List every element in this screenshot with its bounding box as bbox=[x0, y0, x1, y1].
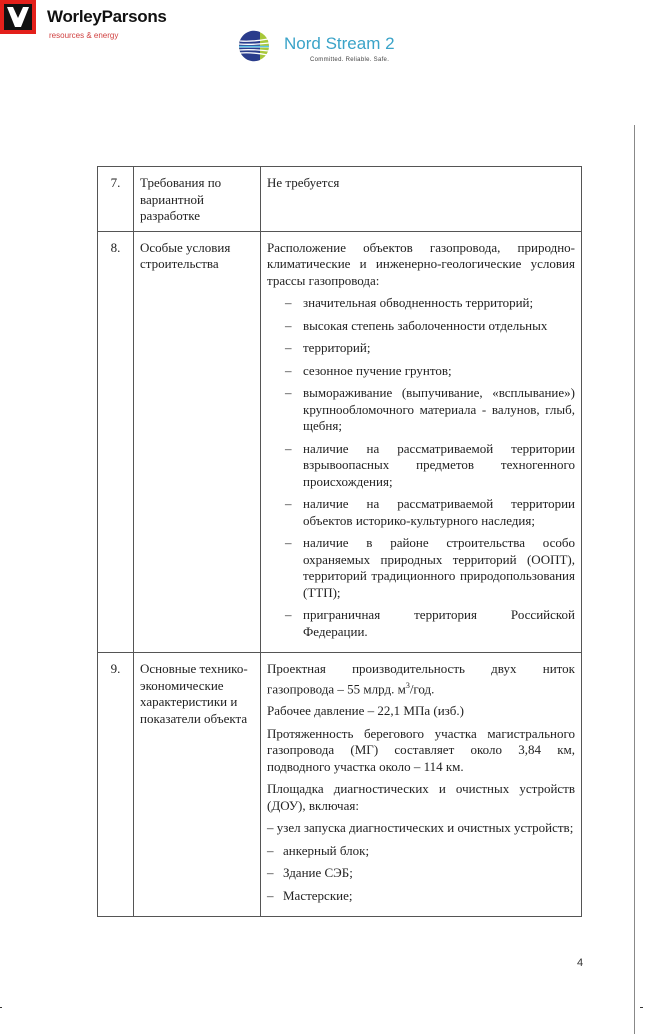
row-number: 8. bbox=[98, 231, 134, 653]
list-item: Здание СЭБ; bbox=[267, 865, 575, 882]
length-text: Протяженность берегового участка магистр… bbox=[267, 726, 575, 776]
scan-mark bbox=[0, 1007, 2, 1008]
table-row: 9. Основные технико-экономические характ… bbox=[98, 653, 582, 917]
table-row: 8. Особые условия строительства Располож… bbox=[98, 231, 582, 653]
requirements-table: 7. Требования по вариантной разработке Н… bbox=[97, 166, 582, 917]
list-item: вымораживание (выпучивание, «всплывание»… bbox=[285, 385, 575, 435]
page-number: 4 bbox=[577, 957, 583, 969]
site-list: – узел запуска диагностических и очистны… bbox=[267, 820, 575, 904]
conditions-intro: Расположение объектов газопровода, приро… bbox=[267, 240, 575, 290]
capacity-suffix: /год. bbox=[410, 681, 435, 696]
row-number: 9. bbox=[98, 653, 134, 917]
row-content: Проектная производительность двух ниток … bbox=[261, 653, 582, 917]
list-item: сезонное пучение грунтов; bbox=[285, 363, 575, 380]
row-label: Основные технико-экономические характери… bbox=[134, 653, 261, 917]
table-row: 7. Требования по вариантной разработке Н… bbox=[98, 167, 582, 232]
list-item: Мастерские; bbox=[267, 888, 575, 905]
list-item: значительная обводненность территорий; bbox=[285, 295, 575, 312]
site-text: Площадка диагностических и очистных устр… bbox=[267, 781, 575, 814]
company-tagline: resources & energy bbox=[49, 31, 118, 40]
list-item: высокая степень заболоченности отдельных bbox=[285, 318, 575, 335]
project-tagline: Committed. Reliable. Safe. bbox=[310, 57, 389, 63]
list-item: анкерный блок; bbox=[267, 843, 575, 860]
pressure-text: Рабочее давление – 22,1 МПа (изб.) bbox=[267, 703, 575, 720]
list-item: территорий; bbox=[285, 340, 575, 357]
row-label: Требования по вариантной разработке bbox=[134, 167, 261, 232]
row-label: Особые условия строительства bbox=[134, 231, 261, 653]
conditions-list: значительная обводненность территорий; в… bbox=[267, 295, 575, 640]
list-item: наличие на рассматриваемой территории вз… bbox=[285, 441, 575, 491]
list-item: приграничная территория Российской Федер… bbox=[285, 607, 575, 640]
scan-mark bbox=[640, 1007, 643, 1008]
list-item: наличие в районе строительства особо охр… bbox=[285, 535, 575, 601]
row-number: 7. bbox=[98, 167, 134, 232]
list-item: наличие на рассматриваемой территории об… bbox=[285, 496, 575, 529]
scan-edge-line bbox=[634, 125, 635, 1034]
company-name: WorleyParsons bbox=[47, 7, 167, 27]
worleyparsons-logo-icon bbox=[0, 0, 36, 34]
project-name: Nord Stream 2 bbox=[284, 34, 395, 54]
nord-stream-logo-icon bbox=[238, 30, 270, 62]
list-item: – узел запуска диагностических и очистны… bbox=[267, 820, 575, 837]
capacity-text: Проектная производительность двух ниток … bbox=[267, 661, 575, 697]
row-content: Не требуется bbox=[261, 167, 582, 232]
row-content: Расположение объектов газопровода, приро… bbox=[261, 231, 582, 653]
